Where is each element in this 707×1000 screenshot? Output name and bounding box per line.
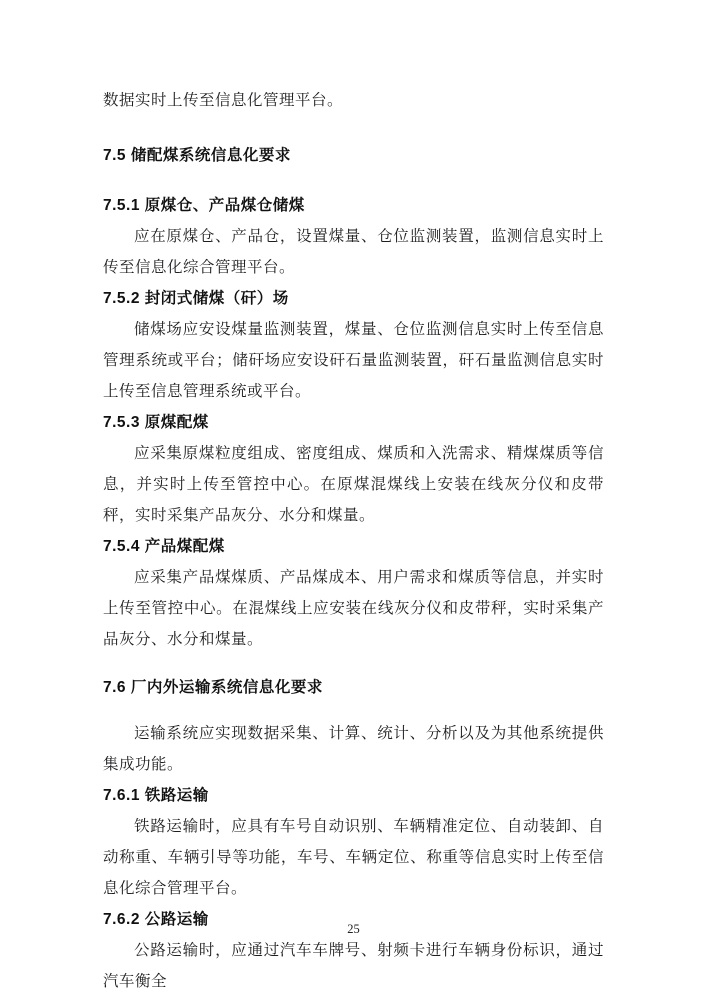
paragraph-continuation: 数据实时上传至信息化管理平台。: [103, 85, 604, 116]
paragraph-7-6-1: 铁路运输时，应具有车号自动识别、车辆精准定位、自动装卸、自动称重、车辆引导等功能…: [103, 811, 604, 904]
paragraph-7-5-2: 储煤场应安设煤量监测装置，煤量、仓位监测信息实时上传至信息管理系统或平台；储矸场…: [103, 314, 604, 407]
section-heading-7-5-2: 7.5.2 封闭式储煤（矸）场: [103, 283, 604, 314]
paragraph-7-5-4: 应采集产品煤煤质、产品煤成本、用户需求和煤质等信息，并实时上传至管控中心。在混煤…: [103, 562, 604, 655]
document-page: 数据实时上传至信息化管理平台。 7.5 储配煤系统信息化要求 7.5.1 原煤仓…: [0, 0, 707, 1000]
paragraph-7-6: 运输系统应实现数据采集、计算、统计、分析以及为其他系统提供集成功能。: [103, 718, 604, 780]
section-heading-7-6-1: 7.6.1 铁路运输: [103, 780, 604, 811]
document-body: 数据实时上传至信息化管理平台。 7.5 储配煤系统信息化要求 7.5.1 原煤仓…: [103, 85, 604, 997]
section-heading-7-5-3: 7.5.3 原煤配煤: [103, 407, 604, 438]
paragraph-7-5-1: 应在原煤仓、产品仓，设置煤量、仓位监测装置，监测信息实时上传至信息化综合管理平台…: [103, 221, 604, 283]
section-heading-7-5-4: 7.5.4 产品煤配煤: [103, 531, 604, 562]
page-number: 25: [0, 922, 707, 937]
section-heading-7-5-1: 7.5.1 原煤仓、产品煤仓储煤: [103, 190, 604, 221]
paragraph-7-6-2: 公路运输时，应通过汽车车牌号、射频卡进行车辆身份标识，通过汽车衡全: [103, 935, 604, 997]
section-heading-7-6: 7.6 厂内外运输系统信息化要求: [103, 672, 604, 703]
paragraph-7-5-3: 应采集原煤粒度组成、密度组成、煤质和入洗需求、精煤煤质等信息，并实时上传至管控中…: [103, 438, 604, 531]
section-heading-7-5: 7.5 储配煤系统信息化要求: [103, 140, 604, 171]
